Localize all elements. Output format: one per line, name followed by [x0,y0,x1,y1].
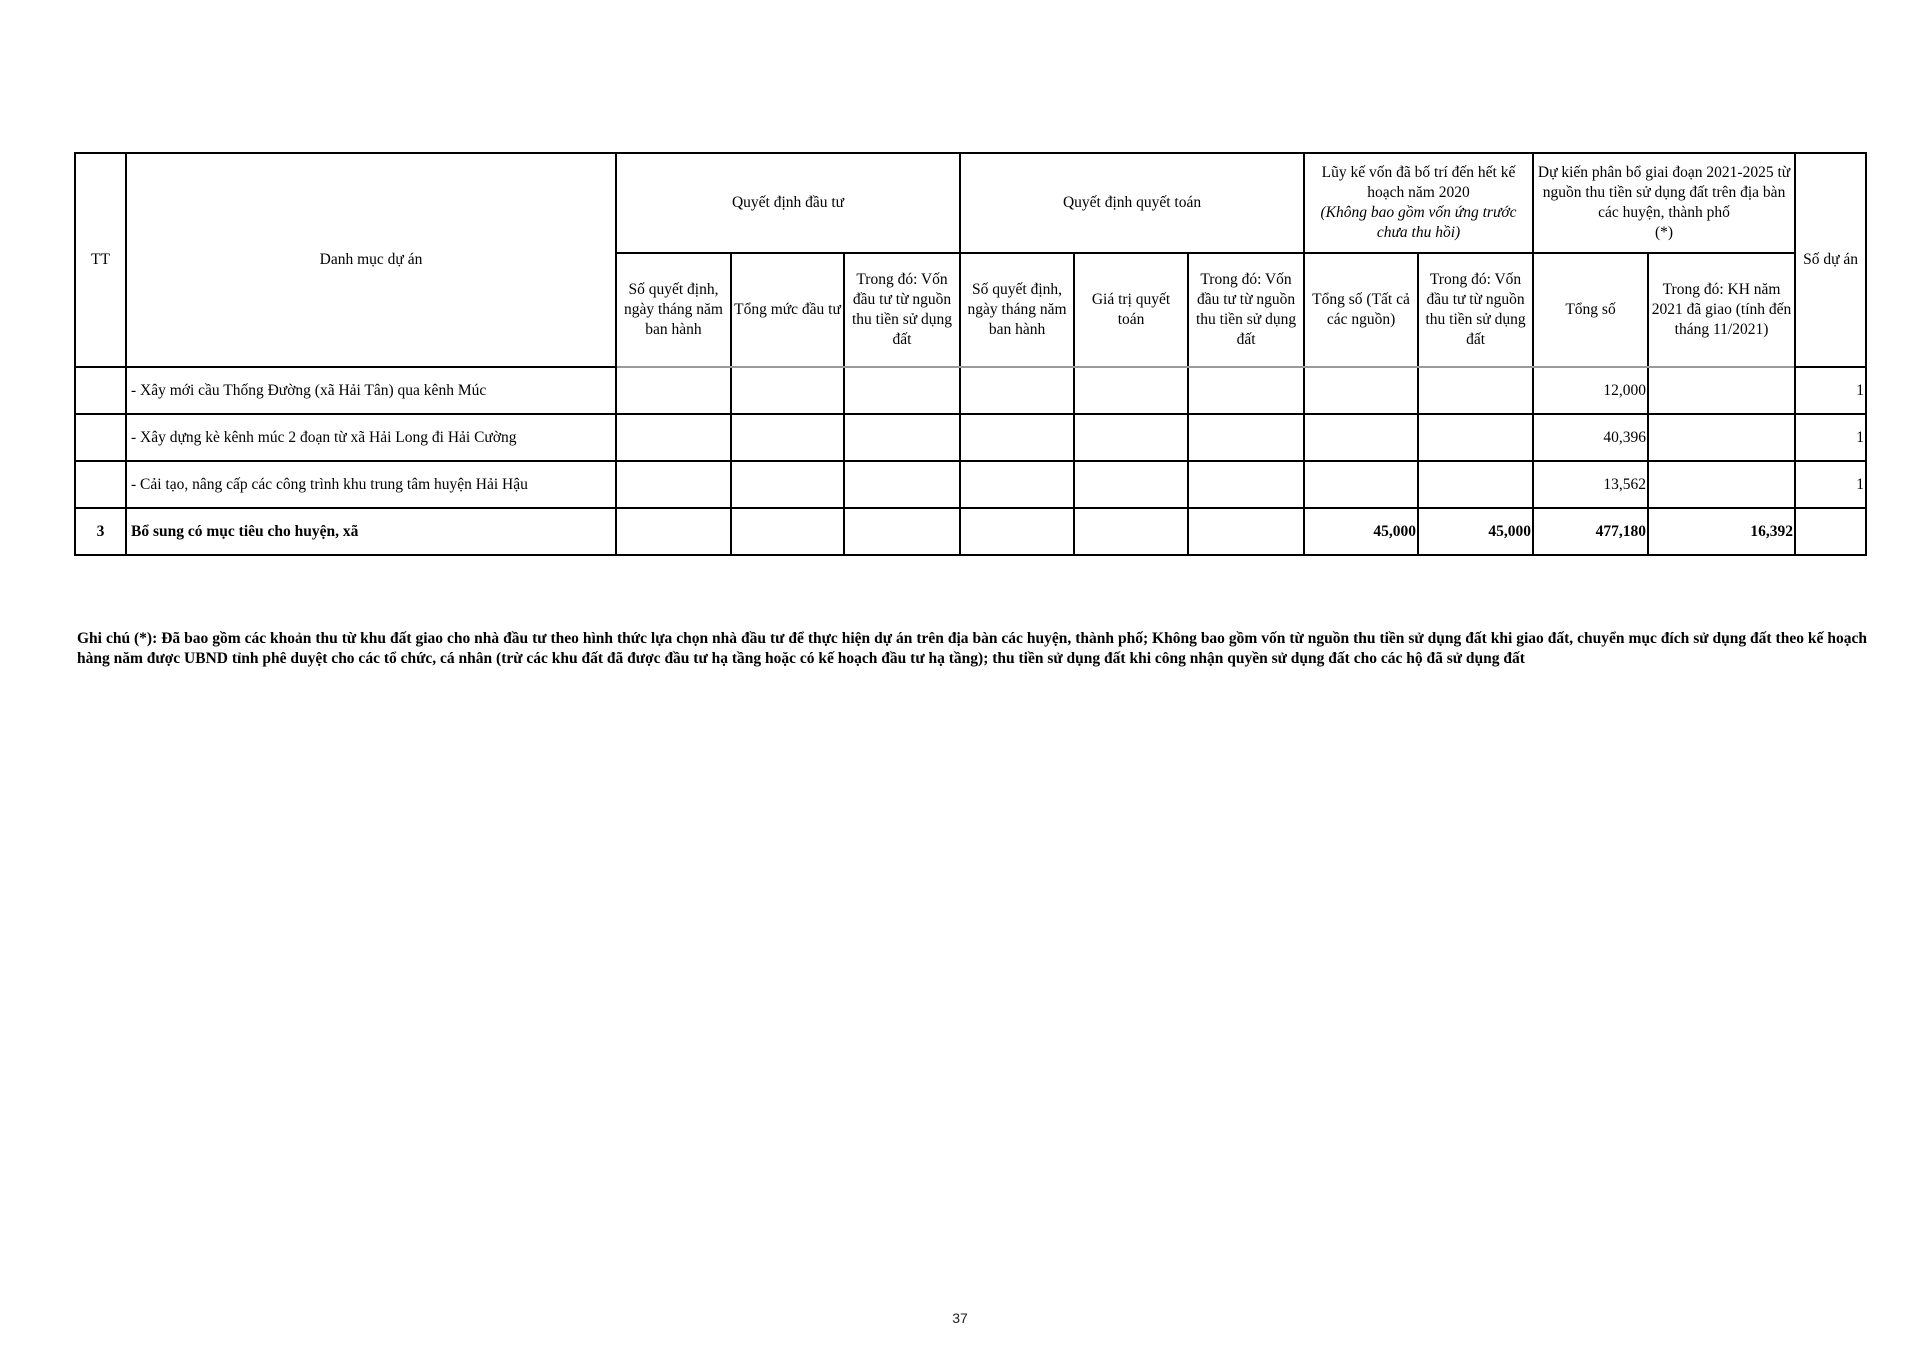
cell-set-decision-no [960,367,1074,414]
header-plan-total: Tổng số [1533,253,1648,367]
cell-project-name: Bổ sung có mục tiêu cho huyện, xã [126,508,616,555]
header-set-value: Giá trị quyết toán [1074,253,1188,367]
cell-acc-total [1304,367,1418,414]
cell-inv-land-source [844,367,960,414]
header-settlement-decision: Quyết định quyết toán [960,153,1304,253]
cell-acc-total [1304,414,1418,461]
cell-plan-total: 477,180 [1533,508,1648,555]
cell-project-count [1795,508,1866,555]
cell-tt [75,367,126,414]
header-inv-total: Tổng mức đầu tư [731,253,844,367]
cell-acc-total [1304,461,1418,508]
header-set-decision-no: Số quyết định, ngày tháng năm ban hành [960,253,1074,367]
accumulated-title: Lũy kế vốn đã bố trí đến hết kế hoạch nă… [1307,163,1530,203]
cell-inv-total [731,461,844,508]
cell-acc-land-source [1418,461,1533,508]
cell-inv-total [731,414,844,461]
table-row-group-total: 3 Bổ sung có mục tiêu cho huyện, xã 45,0… [75,508,1866,555]
header-tt: TT [75,153,126,367]
cell-acc-land-source: 45,000 [1418,508,1533,555]
cell-inv-land-source [844,414,960,461]
cell-plan-total: 13,562 [1533,461,1648,508]
cell-plan-2021 [1648,367,1795,414]
capital-allocation-table: TT Danh mục dự án Quyết định đầu tư Quyế… [74,152,1867,556]
cell-plan-2021: 16,392 [1648,508,1795,555]
cell-plan-2021 [1648,461,1795,508]
cell-project-count: 1 [1795,414,1866,461]
cell-set-value [1074,461,1188,508]
cell-tt [75,414,126,461]
header-plan-2021: Trong đó: KH năm 2021 đã giao (tính đến … [1648,253,1795,367]
cell-inv-land-source [844,508,960,555]
cell-tt [75,461,126,508]
header-inv-land-source: Trong đó: Vốn đầu tư từ nguồn thu tiền s… [844,253,960,367]
cell-set-value [1074,367,1188,414]
cell-inv-decision-no [616,367,731,414]
document-page: TT Danh mục dự án Quyết định đầu tư Quyế… [0,0,1920,1357]
cell-plan-2021 [1648,414,1795,461]
header-acc-land-source: Trong đó: Vốn đầu tư từ nguồn thu tiền s… [1418,253,1533,367]
header-investment-decision: Quyết định đầu tư [616,153,960,253]
cell-set-decision-no [960,461,1074,508]
planned-asterisk: (*) [1536,223,1792,243]
cell-tt: 3 [75,508,126,555]
cell-plan-total: 40,396 [1533,414,1648,461]
cell-set-land-source [1188,367,1304,414]
table-row: - Xây mới cầu Thống Đường (xã Hải Tân) q… [75,367,1866,414]
planned-title: Dự kiến phân bổ giai đoạn 2021-2025 từ n… [1536,163,1792,223]
cell-project-name: - Xây dựng kè kênh múc 2 đoạn từ xã Hải … [126,414,616,461]
cell-set-value [1074,414,1188,461]
page-number: 37 [0,1310,1920,1326]
cell-inv-total [731,367,844,414]
cell-inv-decision-no [616,461,731,508]
cell-project-count: 1 [1795,367,1866,414]
footnote: Ghi chú (*): Đã bao gồm các khoản thu từ… [77,629,1867,669]
cell-project-count: 1 [1795,461,1866,508]
header-project-count: Số dự án [1795,153,1866,367]
cell-set-value [1074,508,1188,555]
header-set-land-source: Trong đó: Vốn đầu tư từ nguồn thu tiền s… [1188,253,1304,367]
cell-inv-land-source [844,461,960,508]
cell-set-decision-no [960,414,1074,461]
cell-inv-decision-no [616,508,731,555]
cell-set-land-source [1188,508,1304,555]
cell-set-land-source [1188,414,1304,461]
header-project-list: Danh mục dự án [126,153,616,367]
accumulated-note: (Không bao gồm vốn ứng trước chưa thu hồ… [1307,203,1530,243]
table-row: - Xây dựng kè kênh múc 2 đoạn từ xã Hải … [75,414,1866,461]
cell-inv-decision-no [616,414,731,461]
cell-acc-land-source [1418,414,1533,461]
cell-acc-land-source [1418,367,1533,414]
cell-project-name: - Cải tạo, nâng cấp các công trình khu t… [126,461,616,508]
cell-acc-total: 45,000 [1304,508,1418,555]
cell-plan-total: 12,000 [1533,367,1648,414]
cell-inv-total [731,508,844,555]
header-inv-decision-no: Số quyết định, ngày tháng năm ban hành [616,253,731,367]
cell-set-decision-no [960,508,1074,555]
header-planned-allocation: Dự kiến phân bổ giai đoạn 2021-2025 từ n… [1533,153,1795,253]
header-accumulated-capital: Lũy kế vốn đã bố trí đến hết kế hoạch nă… [1304,153,1533,253]
table-row: - Cải tạo, nâng cấp các công trình khu t… [75,461,1866,508]
cell-set-land-source [1188,461,1304,508]
cell-project-name: - Xây mới cầu Thống Đường (xã Hải Tân) q… [126,367,616,414]
header-acc-total: Tổng số (Tất cả các nguồn) [1304,253,1418,367]
